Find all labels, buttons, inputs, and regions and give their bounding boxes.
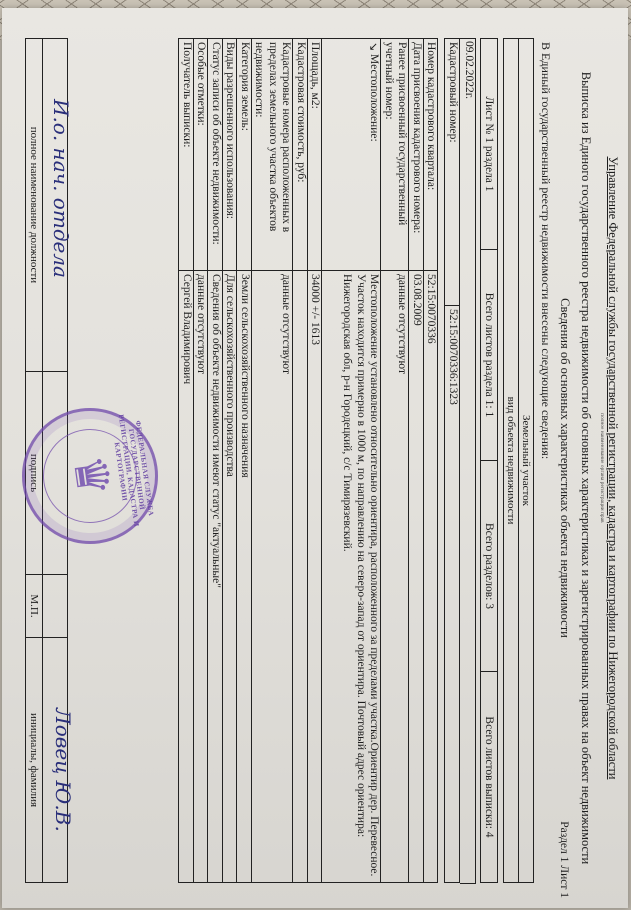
row-value: данные отсутствуют bbox=[252, 271, 294, 883]
intro-text: В Единый государственный реестр недвижим… bbox=[538, 42, 553, 898]
cadastral-number-table: Кадастровый номер: 52:15:0070336:1323 bbox=[445, 38, 461, 883]
row-label: Виды разрешенного использования: bbox=[223, 39, 238, 271]
agency-caption: полное наименование органа регистрации п… bbox=[599, 38, 604, 898]
spacer-cell bbox=[43, 575, 68, 638]
document-subtitle: Сведения об основных характеристиках объ… bbox=[557, 38, 572, 898]
table-row: ↘Местоположение:Местоположение установле… bbox=[322, 39, 381, 883]
row-value: Сергей Владимирович bbox=[179, 271, 194, 883]
name-cell: Ловец Ю.В. bbox=[43, 638, 68, 883]
row-value: данные отсутствуют bbox=[381, 271, 409, 883]
sections-total: Всего разделов: 3 bbox=[481, 461, 498, 672]
table-row: Ранее присвоенный государственный учетны… bbox=[381, 39, 409, 883]
document-page: Управление Федеральной службы государств… bbox=[2, 8, 628, 908]
row-value: 52:15:0070336 bbox=[424, 271, 439, 883]
table-row: Номер кадастрового квартала:52:15:007033… bbox=[424, 39, 439, 883]
row-label: Получатель выписки: bbox=[179, 39, 194, 271]
row-label: Кадастровые номера расположенных в преде… bbox=[252, 39, 294, 271]
row-value: 03.08.2009 bbox=[409, 271, 424, 883]
row-value: Для сельскохозяйственного производства bbox=[223, 271, 238, 883]
row-label: Особые отметки: bbox=[194, 39, 209, 271]
row-value: 34000 +/- 1613 bbox=[308, 271, 323, 883]
agency-name: Управление Федеральной службы государств… bbox=[605, 38, 620, 898]
pen-mark-icon: ↘ bbox=[366, 42, 380, 51]
section-label: Раздел 1 Лист 1 bbox=[558, 821, 570, 898]
row-value: Местоположение установлено относительно … bbox=[322, 271, 381, 883]
table-row: Получатель выписки:Сергей Владимирович bbox=[179, 39, 194, 883]
row-value: данные отсутствуют bbox=[194, 271, 209, 883]
sheets-in-section: Всего листов раздела 1: 1 bbox=[481, 250, 498, 461]
eagle-emblem-icon: ♛ bbox=[56, 445, 127, 507]
document-title: Выписка из Единого государственного реес… bbox=[578, 38, 593, 898]
table-row: Особые отметки:данные отсутствуют bbox=[194, 39, 209, 883]
row-value bbox=[293, 271, 308, 883]
row-label: Категория земель: bbox=[237, 39, 252, 271]
table-row: Кадастровые номера расположенных в преде… bbox=[252, 39, 294, 883]
row-label: Кадастровая стоимость, руб: bbox=[293, 39, 308, 271]
extract-date: 09.02.2022г. bbox=[460, 38, 476, 884]
object-kind-value: Земельный участок bbox=[519, 39, 534, 883]
object-kind-caption: вид объекта недвижимости bbox=[504, 39, 519, 883]
row-label: Ранее присвоенный государственный учетны… bbox=[381, 39, 409, 271]
photo-frame: Управление Федеральной службы государств… bbox=[0, 0, 631, 910]
object-kind-table: Земельный участок вид объекта недвижимос… bbox=[503, 38, 534, 883]
position-caption: полное наименование должности bbox=[26, 39, 43, 372]
row-label: Площадь, м2: bbox=[308, 39, 323, 271]
cadastral-number-label: Кадастровый номер: bbox=[445, 39, 460, 306]
row-value: Земли сельскохозяйственного назначения bbox=[237, 271, 252, 883]
name-caption: инициалы, фамилия bbox=[26, 638, 43, 883]
row-value: Сведения об объекте недвижимости имеют с… bbox=[208, 271, 223, 883]
name-handwritten: Ловец Ю.В. bbox=[51, 708, 75, 832]
page-content: Управление Федеральной службы государств… bbox=[179, 38, 623, 898]
characteristics-table: Номер кадастрового квартала:52:15:007033… bbox=[179, 38, 439, 883]
position-handwritten: И.о. нач. отдела bbox=[49, 99, 73, 278]
table-row: Виды разрешенного использования:Для сель… bbox=[223, 39, 238, 883]
table-row: Дата присвоения кадастрового номера:03.0… bbox=[409, 39, 424, 883]
cadastral-number-value: 52:15:0070336:1323 bbox=[445, 306, 460, 883]
table-row: Категория земель:Земли сельскохозяйствен… bbox=[237, 39, 252, 883]
row-label: Статус записи об объекте недвижимости: bbox=[208, 39, 223, 271]
sheet-info-table: Лист № 1 раздела 1 Всего листов раздела … bbox=[480, 38, 498, 883]
sheet-number: Лист № 1 раздела 1 bbox=[481, 39, 498, 250]
table-row: Статус записи об объекте недвижимости:Св… bbox=[208, 39, 223, 883]
row-label: Номер кадастрового квартала: bbox=[424, 39, 439, 271]
position-cell: И.о. нач. отдела bbox=[43, 39, 68, 372]
table-row: Кадастровая стоимость, руб: bbox=[293, 39, 308, 883]
stamp-caption: М.П. bbox=[26, 575, 43, 638]
row-label: ↘Местоположение: bbox=[322, 39, 381, 271]
table-row: Площадь, м2:34000 +/- 1613 bbox=[308, 39, 323, 883]
sheets-total: Всего листов выписки: 4 bbox=[481, 672, 498, 883]
row-label: Дата присвоения кадастрового номера: bbox=[409, 39, 424, 271]
